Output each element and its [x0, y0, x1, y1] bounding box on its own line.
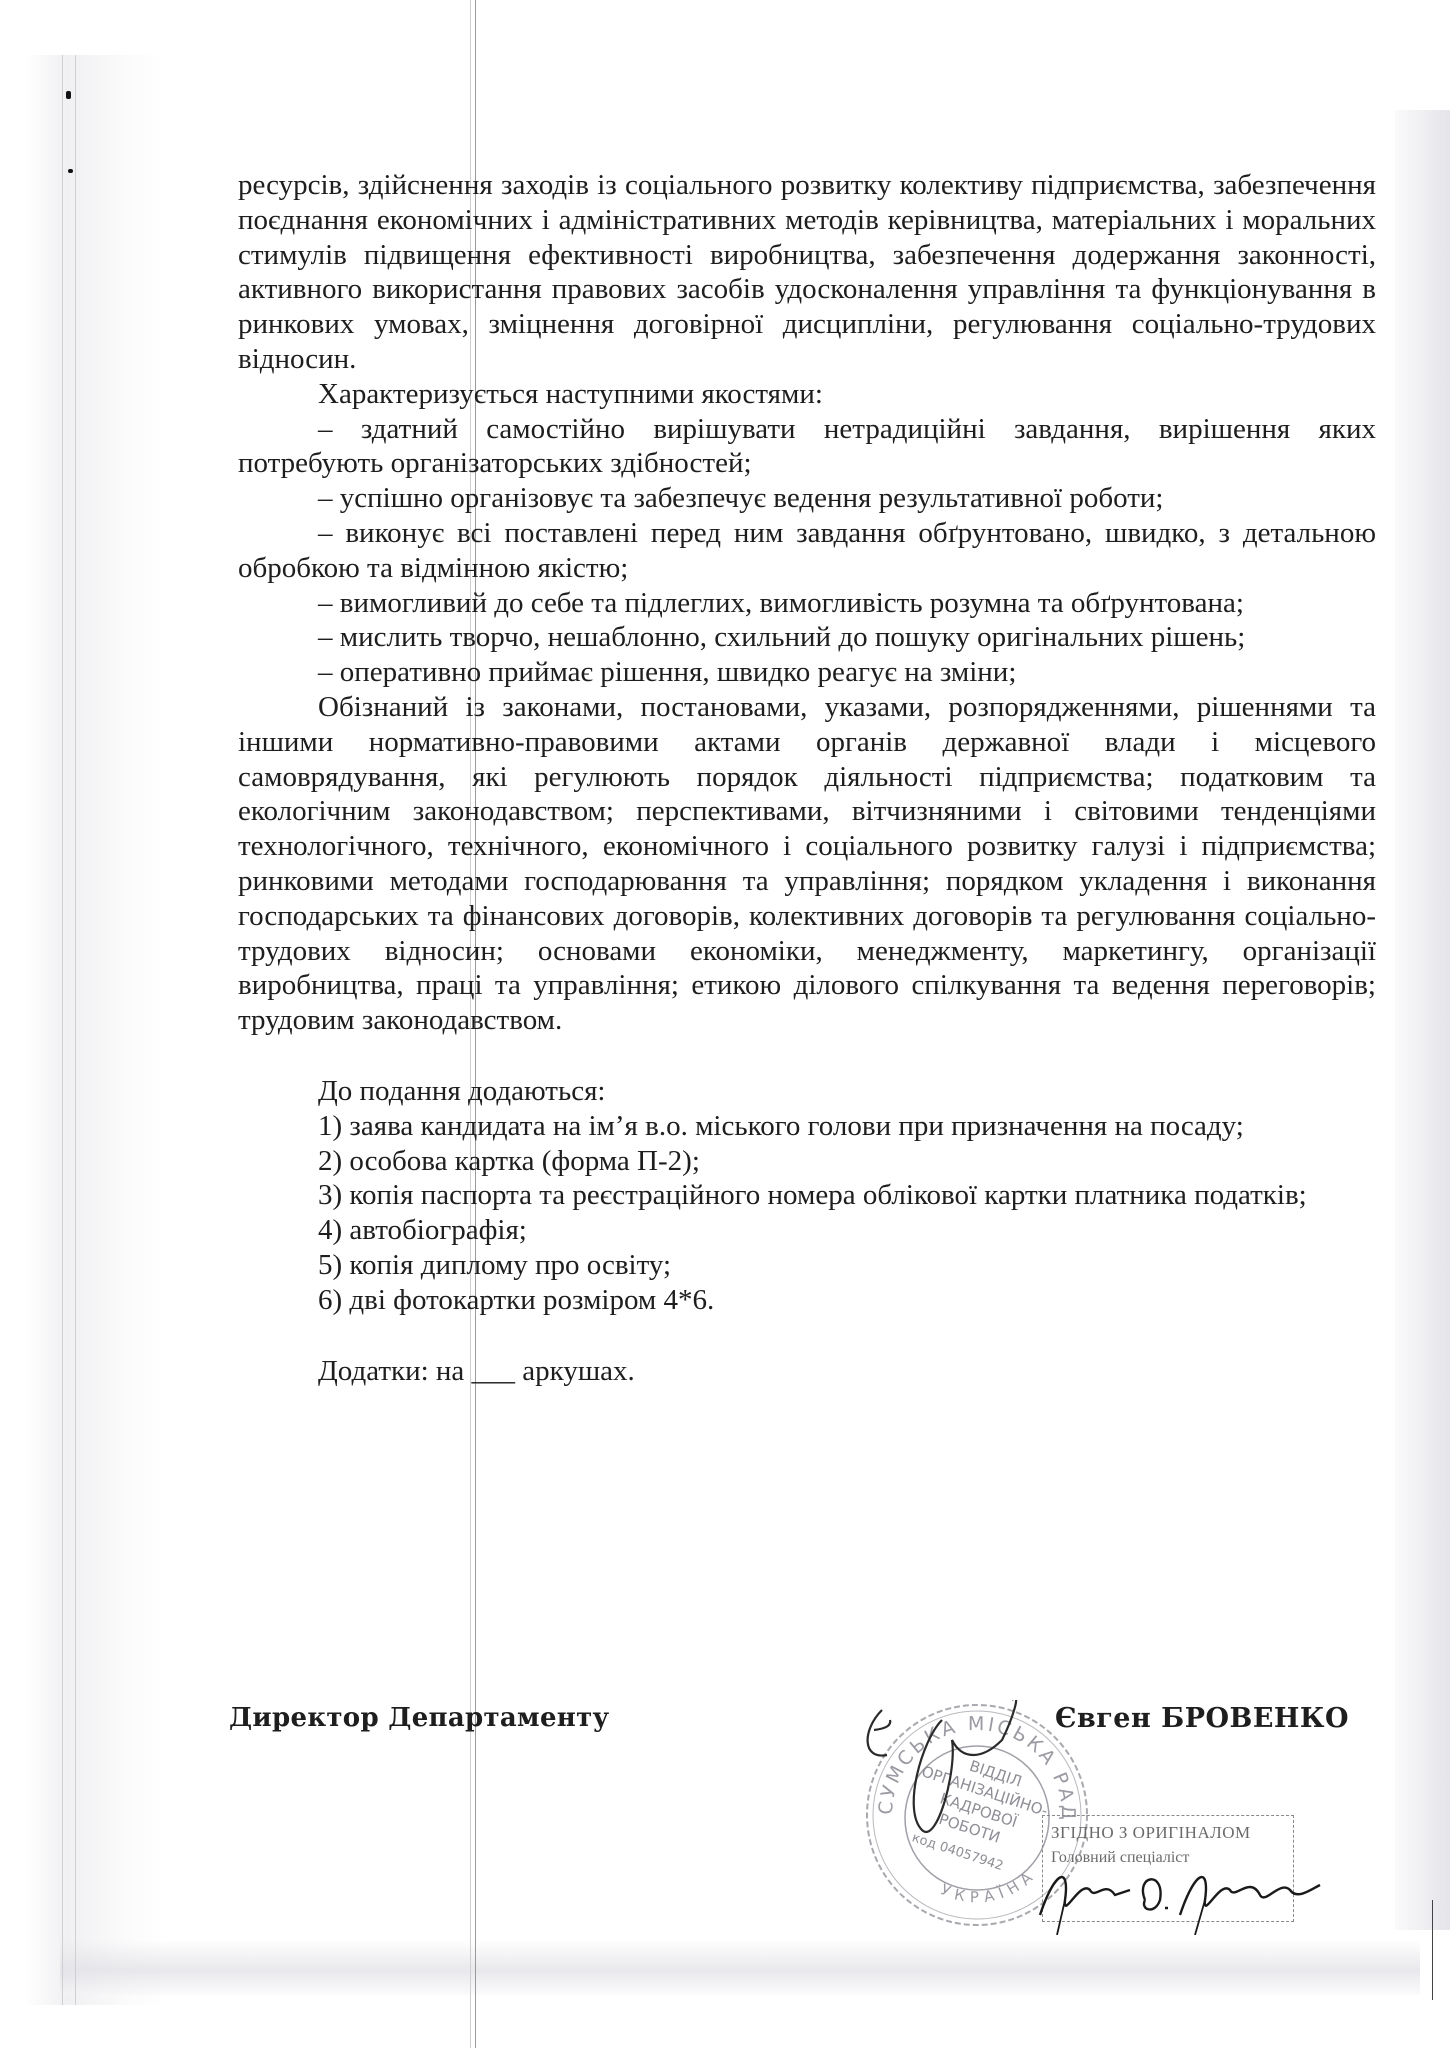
scan-edge-line	[62, 55, 63, 2005]
scan-edge-line	[75, 55, 76, 2005]
paper-edge-line	[1432, 1900, 1433, 2000]
attachment-item: 1) заява кандидата на ім’я в.о. міського…	[238, 1109, 1376, 1144]
appendix-line: Додатки: на ___ аркушах.	[238, 1354, 1376, 1389]
quality-item: – успішно організовує та забезпечує веде…	[238, 481, 1376, 516]
scan-shadow-bottom	[60, 1940, 1420, 1995]
signatory-position: Директор Департаменту	[229, 1703, 609, 1733]
qualities-heading: Характеризується наступними якостями:	[238, 377, 1376, 412]
document-body: ресурсів, здійснення заходів із соціальн…	[238, 168, 1376, 1388]
scan-shadow-right	[1395, 110, 1450, 1930]
quality-item: – вимогливий до себе та підлеглих, вимог…	[238, 586, 1376, 621]
attachment-item: 6) дві фотокартки розміром 4*6.	[238, 1283, 1376, 1318]
signatory-name: Євген БРОВЕНКО	[1055, 1703, 1349, 1734]
knowledge-paragraph: Обізнаний із законами, постановами, указ…	[238, 690, 1376, 1038]
punch-mark	[68, 169, 73, 173]
attachment-item: 3) копія паспорта та реєстраційного номе…	[238, 1178, 1376, 1213]
attachments-heading: До подання додаються:	[238, 1074, 1376, 1109]
quality-item: – виконує всі поставлені перед ним завда…	[238, 516, 1376, 586]
intro-paragraph: ресурсів, здійснення заходів із соціальн…	[238, 168, 1376, 377]
quality-item: – здатний самостійно вирішувати нетрадиц…	[238, 412, 1376, 482]
certified-copy-label: ЗГІДНО З ОРИГІНАЛОМ	[1051, 1823, 1251, 1843]
attachment-item: 2) особова картка (форма П-2);	[238, 1144, 1376, 1179]
quality-item: – оперативно приймає рішення, швидко реа…	[238, 655, 1376, 690]
attachment-item: 4) автобіографія;	[238, 1213, 1376, 1248]
attachment-item: 5) копія диплому про освіту;	[238, 1248, 1376, 1283]
scan-shadow-left	[25, 55, 165, 2005]
certifier-signature	[1035, 1860, 1325, 1935]
punch-mark	[66, 91, 71, 99]
quality-item: – мислить творчо, нешаблонно, схильний д…	[238, 620, 1376, 655]
svg-text:УКРАЇНА: УКРАЇНА	[938, 1865, 1040, 1906]
